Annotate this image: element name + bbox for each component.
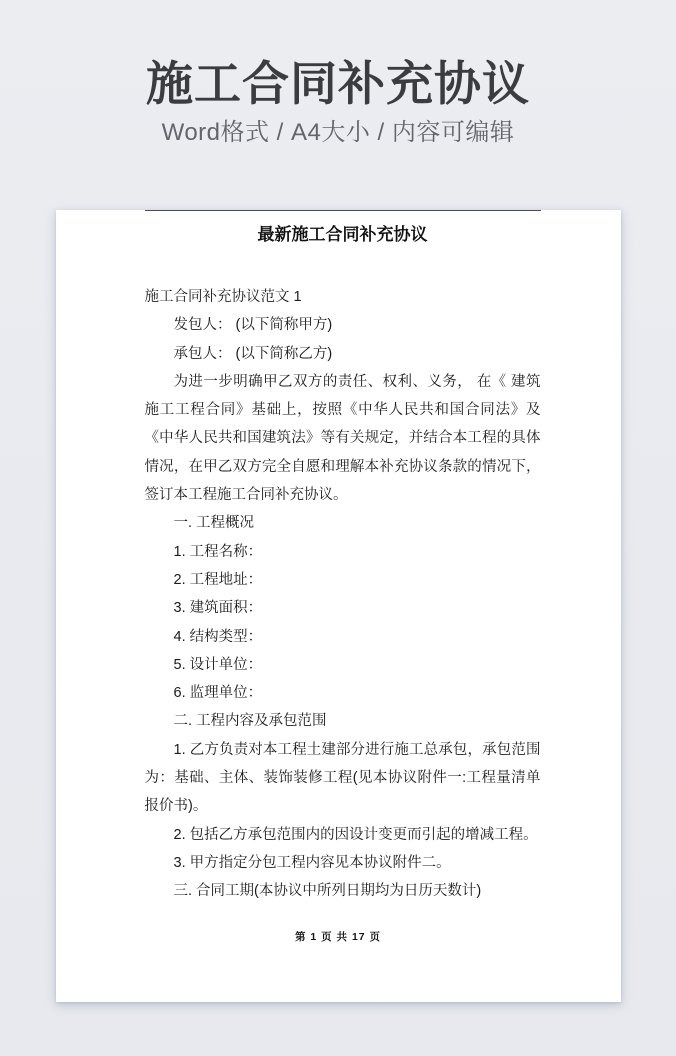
doc-list-item: 3. 甲方指定分包工程内容见本协议附件二。: [145, 849, 541, 877]
page-number-footer: 第 1 页 共 17 页: [56, 929, 621, 944]
doc-list-item: 2. 包括乙方承包范围内的因设计变更而引起的增减工程。: [145, 821, 541, 849]
document-page: 最新施工合同补充协议 施工合同补充协议范文 1 发包人： (以下简称甲方) 承包…: [56, 210, 621, 1002]
preview-header: 施工合同补充协议 Word格式 / A4大小 / 内容可编辑: [0, 0, 676, 148]
doc-list-item: 6. 监理单位：: [145, 679, 541, 707]
document-body: 施工合同补充协议范文 1 发包人： (以下简称甲方) 承包人： (以下简称乙方)…: [145, 283, 541, 906]
document-header-divider: [145, 210, 541, 211]
doc-section-heading: 一. 工程概况: [145, 509, 541, 537]
doc-paragraph: 施工合同补充协议范文 1: [145, 283, 541, 311]
doc-section-heading: 三. 合同工期(本协议中所列日期均为日历天数计): [145, 877, 541, 905]
doc-paragraph: 为进一步明确甲乙双方的责任、权利、义务， 在《 建筑施工工程合同》基础上，按照《…: [145, 368, 541, 509]
doc-paragraph: 承包人： (以下简称乙方): [145, 340, 541, 368]
doc-section-heading: 二. 工程内容及承包范围: [145, 707, 541, 735]
doc-list-item: 1. 乙方负责对本工程土建部分进行施工总承包，承包范围为：基础、主体、装饰装修工…: [145, 736, 541, 821]
page-background: { "header": { "title": "施工合同补充协议", "subt…: [0, 0, 676, 1056]
doc-list-item: 5. 设计单位：: [145, 651, 541, 679]
doc-list-item: 4. 结构类型：: [145, 623, 541, 651]
doc-paragraph: 发包人： (以下简称甲方): [145, 311, 541, 339]
page-subtitle: Word格式 / A4大小 / 内容可编辑: [0, 118, 676, 148]
doc-list-item: 1. 工程名称：: [145, 538, 541, 566]
document-heading: 最新施工合同补充协议: [145, 223, 541, 246]
page-title: 施工合同补充协议: [0, 56, 676, 112]
doc-list-item: 2. 工程地址：: [145, 566, 541, 594]
doc-list-item: 3. 建筑面积：: [145, 594, 541, 622]
